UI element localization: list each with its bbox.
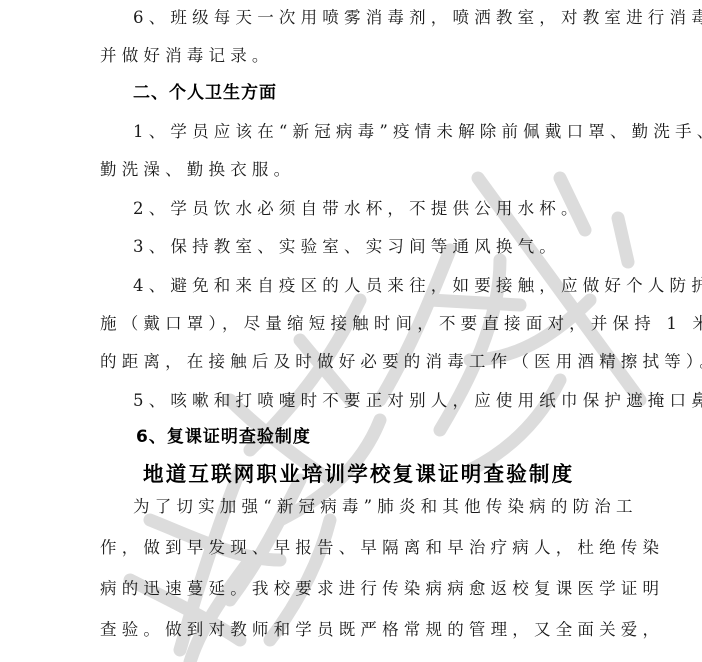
hygiene-item-1-line1: 1、学员应该在“新冠病毒”疫情未解除前佩戴口罩、勤洗手、 [133, 121, 603, 143]
document-page: 6、班级每天一次用喷雾消毒剂，喷洒教室，对教室进行消毒， 并做好消毒记录。 二、… [0, 0, 702, 662]
sub-heading: 6、复课证明查验制度 [136, 426, 636, 448]
paragraph-line: 并做好消毒记录。 [100, 45, 600, 67]
hygiene-item-1-line2: 勤洗澡、勤换衣服。 [100, 159, 600, 181]
hygiene-item-2: 2、学员饮水必须自带水杯，不提供公用水杯。 [133, 198, 603, 220]
hygiene-item-4-line1: 4、避免和来自疫区的人员来往，如要接触，应做好个人防护措 [133, 275, 603, 297]
hygiene-item-4-line2: 施（戴口罩），尽量缩短接触时间，不要直接面对，并保持 1 米以上 [100, 313, 600, 335]
paragraph-line: 6、班级每天一次用喷雾消毒剂，喷洒教室，对教室进行消毒， [133, 7, 603, 29]
body-line: 为了切实加强“新冠病毒”肺炎和其他传染病的防治工 [133, 496, 603, 518]
hygiene-item-4-line3: 的距离，在接触后及时做好必要的消毒工作（医用酒精擦拭等）。 [100, 351, 600, 373]
hygiene-item-3: 3、保持教室、实验室、实习间等通风换气。 [133, 236, 603, 258]
hygiene-item-5: 5、咳嗽和打喷嚏时不要正对别人，应使用纸巾保护遮掩口鼻。 [133, 390, 603, 412]
document-title: 地道互联网职业培训学校复课证明查验制度 [143, 463, 643, 485]
body-line: 查验。做到对教师和学员既严格常规的管理，又全面关爱， [100, 619, 600, 641]
section-heading: 二、个人卫生方面 [133, 82, 603, 104]
body-line: 作，做到早发现、早报告、早隔离和早治疗病人，杜绝传染 [100, 537, 600, 559]
body-line: 病的迅速蔓延。我校要求进行传染病病愈返校复课医学证明 [100, 578, 600, 600]
